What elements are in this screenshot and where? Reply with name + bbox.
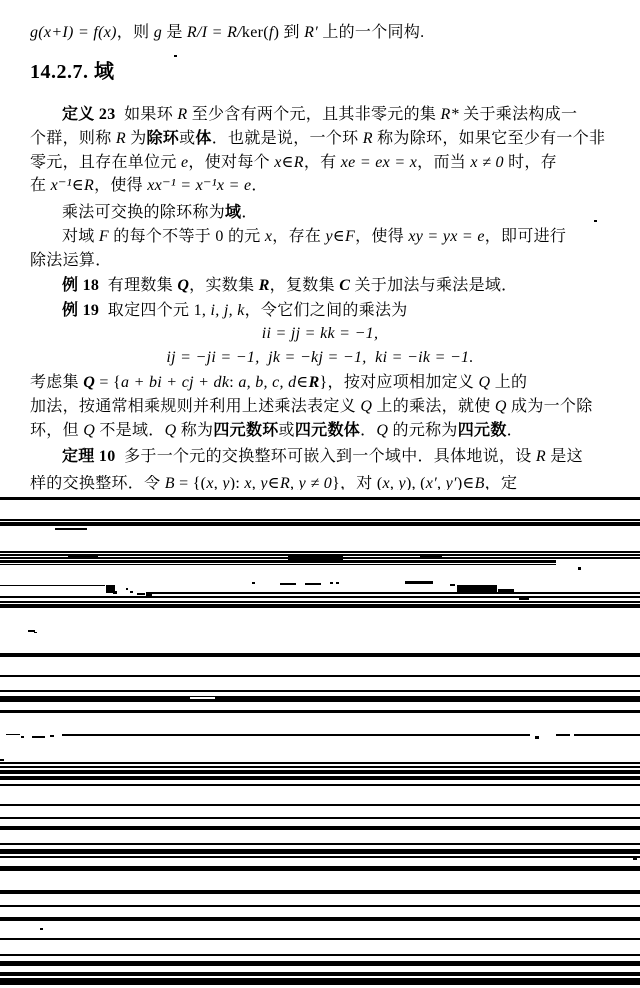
text-segment: R bbox=[116, 130, 126, 147]
scan-artifact-line bbox=[0, 954, 640, 956]
text-segment: ，实数集 bbox=[189, 277, 259, 294]
text-segment: a + bi + cj + dk bbox=[121, 374, 229, 391]
scan-artifact-line bbox=[0, 759, 4, 761]
scan-artifact-line bbox=[0, 585, 105, 587]
division-property-line-2: 除法运算． bbox=[30, 252, 112, 270]
text-segment: x⁻¹∈R bbox=[51, 177, 94, 194]
text-segment: 是 bbox=[162, 24, 187, 41]
text-segment: 上的乘法，就使 bbox=[372, 398, 495, 415]
scan-artifact-line bbox=[574, 734, 640, 736]
text-segment: 取定四个元 1, bbox=[99, 302, 210, 319]
text-segment: Q bbox=[83, 374, 95, 391]
text-segment: Q bbox=[83, 422, 95, 439]
scan-artifact-line bbox=[0, 972, 640, 976]
text-segment: xx⁻¹ = x⁻¹x = e bbox=[147, 177, 251, 194]
text-segment: ) 到 bbox=[274, 24, 305, 41]
text-segment: ． bbox=[241, 204, 257, 221]
scan-artifact-line bbox=[330, 582, 333, 584]
text-segment: 体 bbox=[195, 130, 211, 147]
scan-artifact-line bbox=[6, 734, 20, 736]
scan-artifact-line bbox=[0, 826, 640, 830]
text-segment: 或 bbox=[179, 130, 195, 147]
text-segment: 或 bbox=[279, 422, 295, 439]
scan-artifact-line bbox=[519, 598, 529, 601]
text-segment: R bbox=[177, 106, 187, 123]
section-heading: 14.2.7. 域 bbox=[30, 61, 115, 84]
scan-artifact-line bbox=[0, 696, 640, 702]
text-segment: ，而当 bbox=[417, 154, 470, 171]
text-segment: ． bbox=[360, 422, 376, 439]
text-segment: R bbox=[363, 130, 373, 147]
text-segment: ，令它们之间的乘法为 bbox=[245, 302, 408, 319]
text-segment: F bbox=[99, 228, 109, 245]
text-segment: 的每个不等于 0 的元 bbox=[109, 228, 265, 245]
scan-artifact-line bbox=[0, 560, 556, 563]
text-segment: ，即可进行 bbox=[485, 228, 567, 245]
text-segment: }，按对应项相加定义 bbox=[320, 374, 479, 391]
scan-artifact-line bbox=[0, 564, 556, 566]
text-segment: ), ( bbox=[406, 475, 426, 490]
scan-artifact-line bbox=[0, 766, 640, 768]
text-segment: R bbox=[536, 448, 546, 465]
text-segment: 除环 bbox=[147, 130, 180, 147]
text-segment: ，有 bbox=[304, 154, 341, 171]
text-segment: 的元称为 bbox=[388, 422, 458, 439]
scan-artifact-line bbox=[252, 582, 255, 584]
scan-artifact-line bbox=[55, 528, 87, 531]
text-segment: R bbox=[259, 277, 270, 294]
text-segment: 定理 10 bbox=[62, 448, 116, 465]
scan-artifact-line bbox=[0, 776, 640, 780]
text-segment: 14.2.7. 域 bbox=[30, 61, 115, 83]
example-19-line: 例 19 取定四个元 1, i, j, k，令它们之间的乘法为 bbox=[62, 302, 408, 320]
text-segment: 个群，则称 bbox=[30, 130, 116, 147]
text-segment: x, y bbox=[206, 475, 229, 490]
scan-artifact-line bbox=[126, 588, 128, 590]
scan-artifact-line bbox=[0, 675, 640, 677]
scan-artifact-line bbox=[633, 858, 637, 861]
scan-artifact-line bbox=[594, 220, 597, 222]
scan-artifact-line bbox=[0, 938, 640, 940]
scan-artifact-line bbox=[34, 632, 37, 633]
text-segment: 时，存 bbox=[504, 154, 557, 171]
text-segment: Q bbox=[376, 422, 388, 439]
text-segment: x′, y′ bbox=[426, 475, 457, 490]
text-segment: 四元数环 bbox=[213, 422, 278, 439]
text-segment: 乘法可交换的除环称为 bbox=[62, 204, 225, 221]
text-segment: 成为一个除 bbox=[507, 398, 593, 415]
scan-artifact-line bbox=[0, 843, 640, 845]
scan-artifact-line bbox=[0, 961, 640, 966]
scan-artifact-line bbox=[150, 592, 640, 594]
text-segment: )∈ bbox=[457, 475, 475, 490]
scan-artifact-line bbox=[288, 556, 343, 560]
text-segment: 域 bbox=[225, 204, 241, 221]
text-segment: 除法运算． bbox=[30, 252, 112, 269]
text-segment: ，使得 bbox=[94, 177, 147, 194]
text-segment: Q bbox=[165, 422, 177, 439]
text-segment: ij = −ji = −1, jk = −kj = −1, ki = −ik =… bbox=[166, 349, 473, 366]
text-segment: 称为除环，如果它至少有一个非 bbox=[373, 130, 606, 147]
scan-artifact-line bbox=[190, 697, 215, 699]
text-segment: 例 18 bbox=[62, 277, 99, 294]
scan-artifact-line bbox=[556, 734, 570, 736]
definition-23-line-1: 定义 23 如果环 R 至少含有两个元，且其非零元的集 R* 关于乘法构成一 bbox=[62, 106, 577, 124]
text-segment: y∈F bbox=[326, 228, 356, 245]
scan-artifact-line bbox=[0, 856, 640, 858]
scan-artifact-line bbox=[0, 866, 640, 871]
scan-artifact-line bbox=[0, 762, 640, 764]
text-segment: Q bbox=[479, 374, 491, 391]
scan-artifact-line bbox=[0, 596, 640, 598]
text-segment: R′ bbox=[304, 24, 318, 41]
text-segment: R* bbox=[441, 106, 459, 123]
scan-artifact-line bbox=[0, 917, 640, 921]
text-segment: x, y∈R, y ≠ 0 bbox=[244, 475, 332, 490]
text-segment: 例 19 bbox=[62, 302, 99, 319]
scan-artifact-line bbox=[498, 589, 514, 593]
scan-artifact-line bbox=[336, 582, 339, 584]
text-segment: ，定 bbox=[485, 475, 518, 490]
text-segment: ． bbox=[507, 422, 523, 439]
text-segment: B bbox=[165, 475, 175, 490]
scan-artifact-line bbox=[0, 784, 640, 786]
text-segment: Q bbox=[177, 277, 189, 294]
text-segment: 上的 bbox=[490, 374, 527, 391]
text-segment: g(x+I) = f(x) bbox=[30, 24, 117, 41]
text-segment: Q bbox=[360, 398, 372, 415]
text-segment: 有理数集 bbox=[99, 277, 177, 294]
scan-artifact-line bbox=[535, 736, 539, 739]
scan-artifact-line bbox=[305, 583, 321, 586]
text-segment: 关于乘法构成一 bbox=[459, 106, 577, 123]
scan-artifact-line bbox=[62, 734, 530, 736]
division-property-line-1: 对域 F 的每个不等于 0 的元 x，存在 y∈F，使得 xy = yx = e… bbox=[62, 228, 566, 246]
text-segment: ，则 bbox=[117, 24, 154, 41]
example-18-line: 例 18 有理数集 Q，实数集 R，复数集 C 关于加法与乘法是域． bbox=[62, 277, 517, 295]
text-segment: 至少含有两个元，且其非零元的集 bbox=[187, 106, 440, 123]
text-segment: ，存在 bbox=[272, 228, 325, 245]
scan-artifact-line bbox=[0, 978, 640, 986]
text-segment: 四元数 bbox=[458, 422, 507, 439]
text-segment: 称为 bbox=[176, 422, 213, 439]
scan-artifact-line bbox=[113, 591, 117, 594]
scan-artifact-line bbox=[32, 736, 45, 738]
text-segment: ): bbox=[230, 475, 245, 490]
text-segment: 考虑集 bbox=[30, 374, 83, 391]
text-segment: : bbox=[229, 374, 238, 391]
text-segment: 不是域． bbox=[95, 422, 165, 439]
text-segment: 定义 23 bbox=[62, 106, 116, 123]
scan-artifact-line bbox=[21, 736, 24, 738]
scan-artifact-line bbox=[50, 735, 54, 737]
quaternion-paragraph-line-1: 考虑集 Q = {a + bi + cj + dk: a, b, c, d∈R}… bbox=[30, 374, 527, 392]
text-segment: C bbox=[339, 277, 350, 294]
scan-artifact-line bbox=[0, 690, 640, 692]
formula-line-1: ii = jj = kk = −1, bbox=[0, 325, 640, 343]
scan-artifact-line bbox=[420, 556, 442, 559]
text-segment: 上的一个同构. bbox=[318, 24, 424, 41]
definition-23-line-4: 在 x⁻¹∈R，使得 xx⁻¹ = x⁻¹x = e． bbox=[30, 177, 268, 195]
text-segment: g bbox=[154, 24, 162, 41]
text-segment: ． bbox=[251, 177, 267, 194]
definition-23-line-2: 个群，则称 R 为除环或体．也就是说，一个环 R 称为除环，如果它至少有一个非 bbox=[30, 130, 605, 148]
text-segment: ii = jj = kk = −1, bbox=[262, 325, 379, 342]
definition-23-line-3: 零元，且存在单位元 e，使对每个 x∈R，有 xe = ex = x，而当 x … bbox=[30, 154, 557, 172]
text-segment: x, y bbox=[383, 475, 406, 490]
scan-artifact-line bbox=[0, 653, 640, 657]
scan-artifact-line bbox=[0, 604, 640, 608]
scan-artifact-line bbox=[0, 849, 640, 854]
text-segment: = { bbox=[95, 374, 121, 391]
field-definition-line: 乘法可交换的除环称为域． bbox=[62, 204, 258, 222]
quaternion-paragraph-line-3: 环，但 Q 不是域．Q 称为四元数环或四元数体．Q 的元称为四元数． bbox=[30, 422, 523, 440]
formula-line-2: ij = −ji = −1, jk = −kj = −1, ki = −ik =… bbox=[0, 349, 640, 367]
text-segment: ，复数集 bbox=[270, 277, 340, 294]
scan-artifact-line bbox=[0, 519, 640, 521]
scanned-textbook-page: g(x+I) = f(x)，则 g 是 R/I = R/ker(f) 到 R′ … bbox=[0, 0, 640, 988]
text-segment: 多于一个元的交换整环可嵌入到一个域中．具体地说，设 bbox=[116, 448, 536, 465]
text-segment: 零元，且存在单位元 bbox=[30, 154, 181, 171]
scan-artifact-line bbox=[137, 593, 145, 595]
scan-artifact-line bbox=[0, 551, 640, 553]
scan-artifact-line bbox=[0, 770, 640, 774]
text-segment: Q bbox=[495, 398, 507, 415]
text-segment: 环，但 bbox=[30, 422, 83, 439]
text-segment: 如果环 bbox=[116, 106, 178, 123]
scan-artifact-line bbox=[0, 710, 640, 713]
scan-artifact-line bbox=[0, 890, 640, 894]
scan-artifact-line bbox=[0, 497, 640, 500]
text-segment: a, b, c, d∈ bbox=[238, 374, 308, 391]
scan-artifact-line bbox=[40, 928, 43, 930]
scan-artifact-line bbox=[280, 583, 296, 586]
text-segment: 是这 bbox=[546, 448, 583, 465]
text-segment: B bbox=[475, 475, 485, 490]
scan-artifact-line bbox=[450, 584, 455, 586]
text-segment: x∈R bbox=[274, 154, 304, 171]
intro-line: g(x+I) = f(x)，则 g 是 R/I = R/ker(f) 到 R′ … bbox=[30, 24, 424, 42]
text-segment: = {( bbox=[175, 475, 207, 490]
scan-artifact-line bbox=[0, 522, 640, 526]
text-segment: }，对 ( bbox=[332, 475, 383, 490]
text-segment: 加法，按通常相乘规则并利用上述乘法表定义 bbox=[30, 398, 360, 415]
text-segment: 样的交换整环．令 bbox=[30, 475, 165, 490]
scan-artifact-line bbox=[457, 585, 497, 592]
text-segment: ，使得 bbox=[355, 228, 408, 245]
scan-artifact-line bbox=[0, 817, 640, 819]
text-segment: 四元数体 bbox=[295, 422, 360, 439]
text-segment: ，使对每个 bbox=[188, 154, 274, 171]
text-segment: ．也就是说，一个环 bbox=[212, 130, 363, 147]
quaternion-paragraph-line-2: 加法，按通常相乘规则并利用上述乘法表定义 Q 上的乘法，就使 Q 成为一个除 bbox=[30, 398, 593, 416]
scan-artifact-line bbox=[405, 581, 433, 584]
text-segment: x ≠ 0 bbox=[470, 154, 503, 171]
text-segment: 关于加法与乘法是域． bbox=[350, 277, 517, 294]
scan-artifact-line bbox=[68, 556, 98, 559]
text-segment: xe = ex = x bbox=[341, 154, 417, 171]
text-segment: 对域 bbox=[62, 228, 99, 245]
scan-artifact-line bbox=[578, 567, 581, 570]
text-segment: xy = yx = e bbox=[408, 228, 484, 245]
scan-artifact-line bbox=[0, 905, 640, 907]
text-segment: i, j, k bbox=[211, 302, 245, 319]
text-segment: R bbox=[309, 374, 320, 391]
text-segment: ker( bbox=[242, 24, 269, 41]
text-segment: 为 bbox=[126, 130, 147, 147]
scan-artifact-line bbox=[0, 601, 640, 603]
theorem-10-partial-line: 样的交换整环．令 B = {(x, y): x, y∈R, y ≠ 0}，对 (… bbox=[30, 475, 517, 490]
scan-artifact-line bbox=[130, 591, 133, 593]
scan-artifact-line bbox=[0, 804, 640, 806]
theorem-10-line: 定理 10 多于一个元的交换整环可嵌入到一个域中．具体地说，设 R 是这 bbox=[62, 448, 583, 466]
text-segment: R/I = R/ bbox=[187, 24, 242, 41]
scan-artifact-line bbox=[174, 55, 177, 57]
text-segment: 在 bbox=[30, 177, 51, 194]
